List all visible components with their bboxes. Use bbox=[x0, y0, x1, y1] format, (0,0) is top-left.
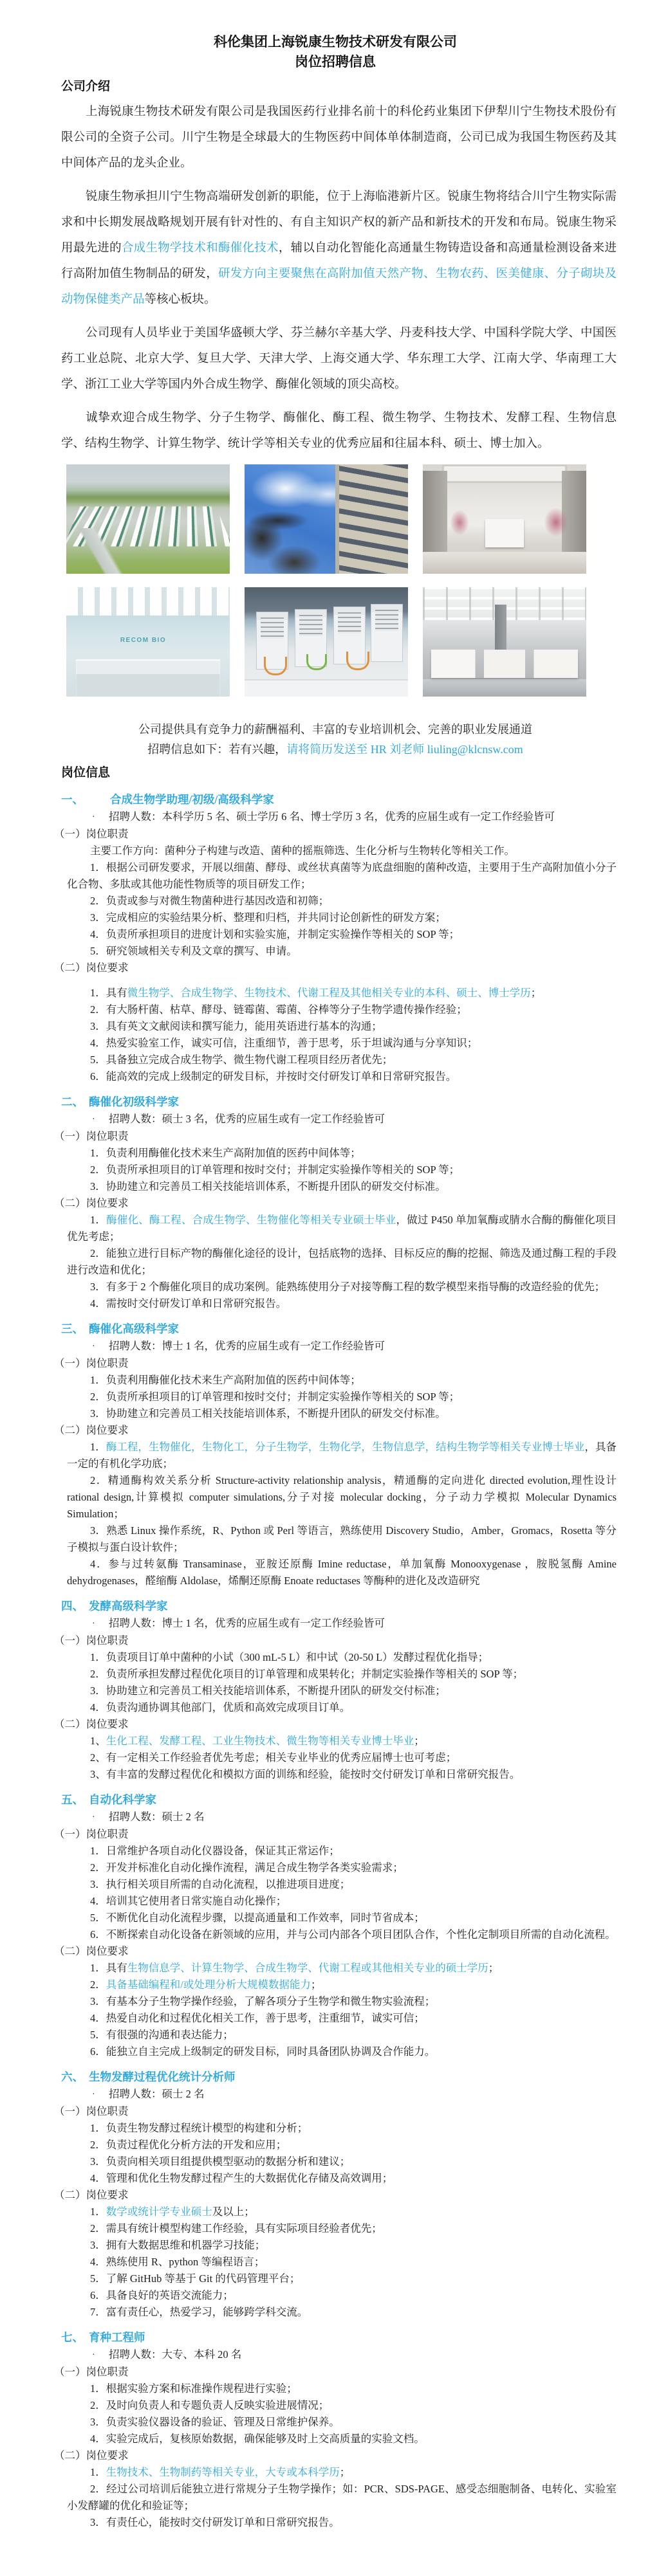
requirements-label: （二）岗位要求 bbox=[54, 2447, 617, 2464]
duties-label: （一）岗位职责 bbox=[54, 1826, 617, 1843]
bioreactor-panel bbox=[338, 612, 361, 634]
section-title: 酶催化高级科学家 bbox=[89, 1322, 179, 1335]
text-run: 等核心板块。 bbox=[145, 293, 216, 306]
requirement-item: 2．具备基础编程和/或处理分析大规模数据能力； bbox=[67, 1977, 617, 1993]
duty-item: 1．根据公司研发要求，开展以细菌、酵母、或丝状真菌等为底盘细胞的菌种改造，主要用… bbox=[67, 859, 617, 893]
text-run: 6．能高效的完成上级制定的研发目标，并按时交付研发订单和日常研究报告。 bbox=[90, 1070, 456, 1082]
requirements-label: （二）岗位要求 bbox=[54, 1195, 617, 1212]
text-run: 招聘信息如下：若有兴趣， bbox=[147, 743, 286, 756]
text-run: 2．经过公司培训后能独立进行常规分子生物学操作；如：PCR、SDS-PAGE、感… bbox=[67, 2483, 617, 2512]
text-run: 1．负责生物发酵过程统计模型的构建和分析； bbox=[90, 2122, 308, 2134]
text-run: 1．根据公司研发要求，开展以细菌、酵母、或丝状真菌等为底盘细胞的菌种改造，主要用… bbox=[67, 861, 617, 890]
headcount-text: 招聘人数：硕士 3 名，优秀的应届生或有一定工作经验皆可 bbox=[109, 1113, 385, 1125]
duty-item: 3．负责向相关项目组提供模型驱动的数据分析和建议； bbox=[67, 2153, 617, 2170]
duty-item: 2．负责所承担项目的订单管理和按时交付；并制定实验操作等相关的 SOP 等； bbox=[67, 1389, 617, 1405]
highlighted-text: 生化工程、发酵工程、工业生物技术、微生物等相关专业博士毕业 bbox=[106, 1735, 414, 1747]
flowers-right-shape bbox=[541, 504, 571, 541]
requirement-item: 4．热爱实验室工作，诚实可信，注重细节，善于思考，乐于坦诚沟通与分享知识； bbox=[67, 1035, 617, 1052]
job-section: 一、合成生物学助理/初级/高级科学家·招聘人数：本科学历 5 名、硕士学历 6 … bbox=[54, 791, 617, 1085]
text-run: 3．完成相应的实验结果分析、整理和归档，并共同讨论创新性的研发方案； bbox=[90, 911, 446, 924]
section-number: 七、 bbox=[61, 2329, 84, 2346]
text-run: 1． bbox=[90, 1214, 106, 1226]
duty-item: 1．根据实验方案和标准操作规程进行实验； bbox=[67, 2380, 617, 2397]
requirement-item: 4．需按时交付研发订单和日常研究报告。 bbox=[67, 1295, 617, 1312]
text-run: 2．开发并标准化自动化操作流程，满足合成生物学各类实验需求； bbox=[90, 1861, 404, 1874]
text-run: 1． bbox=[90, 2466, 106, 2478]
requirement-item: 6．具备良好的英语交流能力； bbox=[67, 2287, 617, 2304]
requirements-label: （二）岗位要求 bbox=[54, 1943, 617, 1960]
text-run: 3．拥有大数据思维和机器学习技能； bbox=[90, 2239, 265, 2251]
intro-paragraph: 锐康生物承担川宁生物高端研发创新的职能，位于上海临港新片区。锐康生物将结合川宁生… bbox=[61, 184, 617, 313]
headcount-line: ·招聘人数：本科学历 5 名、硕士学历 6 名、博士学历 3 名，优秀的应届生或… bbox=[92, 808, 617, 826]
bioreactor-panel bbox=[261, 617, 284, 639]
bullet-icon: · bbox=[92, 1111, 109, 1128]
section-title: 生物发酵过程优化统计分析师 bbox=[89, 2070, 236, 2083]
job-section: 四、发酵高级科学家·招聘人数：博士 1 名，优秀的应届生或有一定工作经验皆可（一… bbox=[54, 1598, 617, 1783]
duty-item: 4．实验完成后，复核原始数据，确保能够及时上交高质量的实验文档。 bbox=[67, 2431, 617, 2447]
text-run: 2．负责或参与对微生物菌种进行基因改造和初筛； bbox=[90, 895, 329, 907]
requirement-item: 2．能独立进行目标产物的酶催化途径的设计，包括底物的选择、目标反应的酶的挖掘、筛… bbox=[67, 1245, 617, 1279]
requirement-item: 2、有一定相关工作经验者优先考虑；相关专业毕业的优秀应届博士也可考虑； bbox=[67, 1749, 617, 1766]
intro-paragraph: 公司现有人员毕业于美国华盛顿大学、芬兰赫尔辛基大学、丹麦科技大学、中国科学院大学… bbox=[61, 320, 617, 397]
requirement-item: 3、有丰富的发酵过程优化和模拟方面的训练和经验，能按时交付研发订单和日常研究报告… bbox=[67, 1766, 617, 1783]
section-heading: 四、发酵高级科学家 bbox=[61, 1598, 617, 1615]
requirement-item: 3．具有英文文献阅读和撰写能力，能用英语进行基本的沟通； bbox=[67, 1018, 617, 1035]
requirement-item: 3．有基本分子生物学操作经验，了解各项分子生物学和微生物实验流程； bbox=[67, 1993, 617, 2010]
duties-label: （一）岗位职责 bbox=[54, 826, 617, 843]
text-run: ； bbox=[311, 1978, 322, 1991]
duty-intro: 主要工作方向：菌种分子构建与改造、菌种的摇瓶筛选、生化分析与生物转化等相关工作。 bbox=[67, 843, 617, 859]
text-run: 2、有一定相关工作经验者优先考虑；相关专业毕业的优秀应届博士也可考虑； bbox=[90, 1751, 456, 1764]
company-intro: 上海锐康生物技术研发有限公司是我国医药行业排名前十的科伦药业集团下伊犁川宁生物技… bbox=[54, 99, 617, 457]
section-number: 二、 bbox=[61, 1093, 84, 1111]
bullet-icon: · bbox=[92, 2087, 109, 2103]
contact-block: 公司提供具有竞争力的薪酬福利、丰富的专业培训机会、完善的职业发展通道 招聘信息如… bbox=[54, 720, 617, 760]
text-run: 上海锐康生物技术研发有限公司是我国医药行业排名前十的科伦药业集团下伊犁川宁生物技… bbox=[61, 105, 617, 170]
text-run: 公司现有人员毕业于美国华盛顿大学、芬兰赫尔辛基大学、丹麦科技大学、中国科学院大学… bbox=[61, 327, 617, 391]
bioreactor-unit bbox=[371, 604, 403, 662]
headcount-text: 招聘人数：硕士 2 名 bbox=[109, 1811, 205, 1823]
requirement-item: 1、生化工程、发酵工程、工业生物技术、微生物等相关专业博士毕业； bbox=[67, 1733, 617, 1749]
benefits-line: 公司提供具有竞争力的薪酬福利、丰富的专业培训机会、完善的职业发展通道 bbox=[54, 720, 617, 740]
lobby-wall-left-shape bbox=[423, 471, 447, 552]
headcount-line: ·招聘人数：大专、本科 20 名 bbox=[92, 2346, 617, 2364]
text-run: 3．负责向相关项目组提供模型驱动的数据分析和建议； bbox=[90, 2155, 350, 2168]
duty-item: 2．负责过程优化分析方法的开发和应用； bbox=[67, 2137, 617, 2153]
text-run: 1．负责利用酶催化技术来生产高附加值的医药中间体等； bbox=[90, 1147, 361, 1159]
requirement-item: 2．精通酶构效关系分析 Structure-activity relations… bbox=[67, 1472, 617, 1522]
photo-row-2: RECOM BIO bbox=[66, 587, 617, 697]
text-run: 4．管理和优化生物发酵过程产生的大数据优化存储及高效调用； bbox=[90, 2172, 393, 2184]
text-run: 2．及时向负责人和专题负责人反映实验进展情况； bbox=[90, 2399, 329, 2411]
section-heading: 七、育种工程师 bbox=[61, 2329, 617, 2346]
bullet-icon: · bbox=[92, 809, 109, 826]
campus-aerial-photo bbox=[66, 464, 230, 574]
headcount-text: 招聘人数：博士 1 名，优秀的应届生或有一定工作经验皆可 bbox=[109, 1340, 385, 1352]
text-run: 1．负责项目订单中菌种的小试（300 mL-5 L）和中试（20-50 L）发酵… bbox=[90, 1651, 488, 1663]
highlighted-text: 生物信息学、计算生物学、合成生物学、代谢工程或其他相关专业的硕士学历 bbox=[127, 1962, 488, 1974]
duty-item: 3．协助建立和完善员工相关技能培训体系，不断提升团队的研发交付标准。 bbox=[67, 1405, 617, 1422]
text-run: 2．精通酶构效关系分析 Structure-activity relations… bbox=[67, 1474, 617, 1520]
text-run: 1．具有 bbox=[90, 1962, 127, 1974]
flowers-left-shape bbox=[447, 506, 472, 539]
section-heading: 三、酶催化高级科学家 bbox=[61, 1320, 617, 1338]
job-section: 五、自动化科学家·招聘人数：硕士 2 名（一）岗位职责1．日常维护各项自动化仪器… bbox=[54, 1791, 617, 2060]
text-run: 6．具备良好的英语交流能力； bbox=[90, 2289, 234, 2301]
requirements-label: （二）岗位要求 bbox=[54, 960, 617, 976]
text-run: 3．负责实验仪器设备的验证、管理及日常维护保养。 bbox=[90, 2416, 340, 2428]
text-run: 2．负责所承担项目的订单管理和按时交付；并制定实验操作等相关的 SOP 等； bbox=[90, 1391, 459, 1403]
duty-item: 2．开发并标准化自动化操作流程，满足合成生物学各类实验需求； bbox=[67, 1859, 617, 1876]
duty-item: 2．负责或参与对微生物菌种进行基因改造和初筛； bbox=[67, 893, 617, 909]
section-title: 酶催化初级科学家 bbox=[89, 1095, 179, 1108]
duty-item: 2．及时向负责人和专题负责人反映实验进展情况； bbox=[67, 2397, 617, 2414]
text-run: ； bbox=[531, 987, 542, 999]
office-building-shape bbox=[335, 464, 408, 574]
photo-row-1 bbox=[66, 464, 617, 574]
text-run: 1． bbox=[90, 2206, 106, 2218]
requirement-item: 2．经过公司培训后能独立进行常规分子生物学操作；如：PCR、SDS-PAGE、感… bbox=[67, 2481, 617, 2514]
requirement-item: 7．富有责任心，热爱学习，能够跨学科交流。 bbox=[67, 2304, 617, 2321]
text-run: 6．能独立自主完成上级制定的研发目标，同时具备团队协调及合作能力。 bbox=[90, 2045, 435, 2058]
text-run: 1．日常维护各项自动化仪器设备，保证其正常运作； bbox=[90, 1845, 340, 1857]
text-run: 1、 bbox=[90, 1735, 106, 1747]
orange-tubing-shape bbox=[346, 652, 369, 670]
company-title: 科伦集团上海锐康生物技术研发有限公司 bbox=[54, 32, 617, 52]
requirements-label: （二）岗位要求 bbox=[54, 2187, 617, 2204]
company-intro-heading: 公司介绍 bbox=[61, 77, 617, 96]
text-run: 4．负责沟通协调其他部门，优质和高效完成项目订单。 bbox=[90, 1701, 350, 1713]
job-section: 六、生物发酵过程优化统计分析师·招聘人数：硕士 2 名（一）岗位职责1．负责生物… bbox=[54, 2069, 617, 2321]
text-run: 4．负责所承担项目的进度计划和实验实施，并制定实验操作等相关的 SOP 等； bbox=[90, 928, 459, 940]
duty-item: 5．不断优化自动化流程步骤，以提高通量和工作效率，同时节省成本； bbox=[67, 1910, 617, 1926]
text-run: 4．熟练使用 R、python 等编程语言； bbox=[90, 2256, 265, 2268]
requirements-label: （二）岗位要求 bbox=[54, 1716, 617, 1733]
text-run: 2． bbox=[90, 1978, 106, 1991]
text-run: ； bbox=[414, 1735, 425, 1747]
text-run: 6．不断探索自动化设备在新领域的应用，并与公司内部各个项目团队合作，个性化定制项… bbox=[90, 1928, 616, 1941]
requirement-item: 3．有多于 2 个酶催化项目的成功案例。能熟练使用分子对接等酶工程的数学模型来指… bbox=[67, 1279, 617, 1295]
section-number: 六、 bbox=[61, 2069, 84, 2086]
text-run: 3．有基本分子生物学操作经验，了解各项分子生物学和微生物实验流程； bbox=[90, 1995, 435, 2007]
bioreactor-panel bbox=[375, 610, 398, 631]
text-run: ； bbox=[488, 1962, 499, 1974]
requirement-item: 1．生物技术、生物制药等相关专业，大专或本科学历； bbox=[67, 2464, 617, 2481]
text-run: 4．实验完成后，复核原始数据，确保能够及时上交高质量的实验文档。 bbox=[90, 2433, 425, 2445]
requirement-item: 6．能独立自主完成上级制定的研发目标，同时具备团队协调及合作能力。 bbox=[67, 2043, 617, 2060]
section-title: 育种工程师 bbox=[89, 2331, 145, 2344]
section-title: 发酵高级科学家 bbox=[89, 1600, 168, 1612]
duty-item: 2．负责所承担项目的订单管理和按时交付；并制定实验操作等相关的 SOP 等； bbox=[67, 1162, 617, 1178]
intro-paragraph: 诚挚欢迎合成生物学、分子生物学、酶催化、酶工程、微生物学、生物技术、发酵工程、生… bbox=[61, 405, 617, 457]
requirements-label: （二）岗位要求 bbox=[54, 1422, 617, 1439]
text-run: 3．熟悉 Linux 操作系统，R、Python 或 Perl 等语言，熟练使用… bbox=[67, 1524, 617, 1553]
requirement-item: 5．有很强的沟通和表达能力； bbox=[67, 2027, 617, 2043]
requirement-item: 2．需具有统计模型构建工作经验，具有实际项目经验者优先； bbox=[67, 2220, 617, 2237]
headcount-line: ·招聘人数：硕士 2 名 bbox=[92, 1809, 617, 1826]
job-section: 二、酶催化初级科学家·招聘人数：硕士 3 名，优秀的应届生或有一定工作经验皆可（… bbox=[54, 1093, 617, 1312]
headcount-line: ·招聘人数：硕士 3 名，优秀的应届生或有一定工作经验皆可 bbox=[92, 1111, 617, 1128]
requirement-item: 4．热爱自动化和过程优化相关工作，善于思考，注重细节，诚实可信； bbox=[67, 2010, 617, 2027]
duty-item: 3．负责实验仪器设备的验证、管理及日常维护保养。 bbox=[67, 2414, 617, 2431]
duty-item: 3．协助建立和完善员工相关技能培训体系，不断提升团队的研发交付标准。 bbox=[67, 1178, 617, 1195]
section-title: 合成生物学助理/初级/高级科学家 bbox=[110, 793, 274, 806]
bullet-icon: · bbox=[92, 2347, 109, 2364]
text-run: 5．研究领域相关专利及文章的撰写、申请。 bbox=[90, 945, 297, 957]
duties-label: （一）岗位职责 bbox=[54, 1355, 617, 1372]
lobby-photo bbox=[423, 464, 586, 574]
requirement-item: 4．熟练使用 R、python 等编程语言； bbox=[67, 2254, 617, 2270]
duty-item: 3．完成相应的实验结果分析、整理和归档，并共同讨论创新性的研发方案； bbox=[67, 909, 617, 926]
section-number: 四、 bbox=[61, 1598, 84, 1615]
positions-heading: 岗位信息 bbox=[61, 763, 617, 783]
duty-item: 3．协助建立和完善员工相关技能培训体系，不断提升团队的研发交付标准； bbox=[67, 1683, 617, 1699]
duties-label: （一）岗位职责 bbox=[54, 2364, 617, 2380]
highlighted-text: 数学或统计学专业硕士 bbox=[106, 2206, 212, 2218]
highlighted-text: 酶催化、酶工程、合成生物学、生物催化等相关专业硕士毕业 bbox=[106, 1214, 396, 1226]
text-run: 4．参与过转氨酶 Transaminase，亚胺还原酶 Imine reduct… bbox=[67, 1558, 617, 1587]
text-run: 3．执行相关项目所需的自动化流程，以推进项目进度； bbox=[90, 1878, 350, 1890]
section-heading: 二、酶催化初级科学家 bbox=[61, 1093, 617, 1111]
lobby-floor-shape bbox=[423, 552, 586, 574]
requirement-item: 1．酶催化、酶工程、合成生物学、生物催化等相关专业硕士毕业，做过 P450 单加… bbox=[67, 1212, 617, 1245]
duty-item: 1．负责项目订单中菌种的小试（300 mL-5 L）和中试（20-50 L）发酵… bbox=[67, 1649, 617, 1666]
requirement-item: 4．参与过转氨酶 Transaminase，亚胺还原酶 Imine reduct… bbox=[67, 1556, 617, 1589]
requirement-item: 1．数学或统计学专业硕士及以上； bbox=[67, 2204, 617, 2220]
duty-item: 1．日常维护各项自动化仪器设备，保证其正常运作； bbox=[67, 1843, 617, 1859]
bullet-icon: · bbox=[92, 1338, 109, 1355]
duty-item: 1．负责利用酶催化技术来生产高附加值的医药中间体等； bbox=[67, 1372, 617, 1389]
section-title: 自动化科学家 bbox=[89, 1793, 156, 1806]
requirement-item: 6．能高效的完成上级制定的研发目标，并按时交付研发订单和日常研究报告。 bbox=[67, 1068, 617, 1085]
text-run: 4．需按时交付研发订单和日常研究报告。 bbox=[90, 1297, 286, 1310]
section-heading: 六、生物发酵过程优化统计分析师 bbox=[61, 2069, 617, 2086]
requirement-item: 2．有大肠杆菌、枯草、酵母、链霉菌、霉菌、谷棒等分子生物学遗传操作经验； bbox=[67, 1001, 617, 1018]
green-tubing-shape bbox=[306, 654, 327, 670]
requirement-item: 3．有责任心，能按时交付研发订单和日常研究报告。 bbox=[67, 2514, 617, 2531]
text-run: 3．协助建立和完善员工相关技能培训体系，不断提升团队的研发交付标准。 bbox=[90, 1407, 446, 1420]
text-run: ； bbox=[340, 2466, 351, 2478]
text-run: 1．具有 bbox=[90, 987, 127, 999]
positions-list: 一、合成生物学助理/初级/高级科学家·招聘人数：本科学历 5 名、硕士学历 6 … bbox=[54, 791, 617, 2531]
office-desks-shape bbox=[431, 650, 579, 678]
contact-line: 招聘信息如下：若有兴趣，请将简历发送至 HR 刘老师 liuling@klcns… bbox=[54, 740, 617, 760]
section-number: 五、 bbox=[61, 1791, 84, 1809]
intro-paragraph: 上海锐康生物技术研发有限公司是我国医药行业排名前十的科伦药业集团下伊犁川宁生物技… bbox=[61, 99, 617, 176]
text-run: 5．不断优化自动化流程步骤，以提高通量和工作效率，同时节省成本； bbox=[90, 1912, 425, 1924]
highlighted-text: 生物技术、生物制药等相关专业，大专或本科学历 bbox=[106, 2466, 340, 2478]
text-run: 及以上； bbox=[212, 2206, 255, 2218]
text-run: 5．具备独立完成合成生物学、微生物代谢工程项目经历者优先； bbox=[90, 1054, 393, 1066]
requirement-item: 1．具有生物信息学、计算生物学、合成生物学、代谢工程或其他相关专业的硕士学历； bbox=[67, 1960, 617, 1977]
text-run: 4．热爱实验室工作，诚实可信，注重细节，善于思考，乐于坦诚沟通与分享知识； bbox=[90, 1037, 478, 1049]
bioreactor-panel bbox=[299, 615, 322, 636]
bioreactor-photo bbox=[245, 587, 408, 697]
duty-item: 4．管理和优化生物发酵过程产生的大数据优化存储及高效调用； bbox=[67, 2170, 617, 2187]
equipment-bench-shape bbox=[245, 679, 408, 697]
job-section: 三、酶催化高级科学家·招聘人数：博士 1 名，优秀的应届生或有一定工作经验皆可（… bbox=[54, 1320, 617, 1589]
lobby-ceiling-shape bbox=[442, 464, 566, 483]
requirement-item: 5．具备独立完成合成生物学、微生物代谢工程项目经历者优先； bbox=[67, 1052, 617, 1068]
reception-desk-shape bbox=[485, 519, 524, 547]
duties-label: （一）岗位职责 bbox=[54, 1632, 617, 1649]
duty-item: 4．负责所承担项目的进度计划和实验实施，并制定实验操作等相关的 SOP 等； bbox=[67, 926, 617, 943]
highlighted-text: 酶工程，生物催化，生物化工，分子生物学，生物化学，生物信息学，结构生物学等相关专… bbox=[106, 1441, 585, 1453]
text-run: 3．有责任心，能按时交付研发订单和日常研究报告。 bbox=[90, 2516, 340, 2528]
requirement-item: 3．拥有大数据思维和机器学习技能； bbox=[67, 2237, 617, 2254]
text-run: 诚挚欢迎合成生物学、分子生物学、酶催化、酶工程、微生物学、生物技术、发酵工程、生… bbox=[61, 412, 617, 450]
duty-item: 3．执行相关项目所需的自动化流程，以推进项目进度； bbox=[67, 1876, 617, 1893]
text-run: 3．具有英文文献阅读和撰写能力，能用英语进行基本的沟通； bbox=[90, 1020, 382, 1032]
duty-item: 2．负责所承担发酵过程优化项目的订单管理和成果转化；并制定实验操作等相关的 SO… bbox=[67, 1666, 617, 1683]
section-number: 三、 bbox=[61, 1320, 84, 1338]
text-run: 2．需具有统计模型构建工作经验，具有实际项目经验者优先； bbox=[90, 2222, 382, 2234]
document-page: 科伦集团上海锐康生物技术研发有限公司 岗位招聘信息 公司介绍 上海锐康生物技术研… bbox=[0, 0, 659, 2576]
highlighted-text: 请将简历发送至 HR 刘老师 liuling@klcnsw.com bbox=[286, 743, 523, 756]
lab-ceiling-lights-shape bbox=[66, 587, 230, 616]
office-photo bbox=[423, 587, 586, 697]
headcount-text: 招聘人数：硕士 2 名 bbox=[109, 2088, 205, 2100]
text-run: 3．协助建立和完善员工相关技能培训体系，不断提升团队的研发交付标准。 bbox=[90, 1180, 446, 1192]
headcount-text: 招聘人数：大专、本科 20 名 bbox=[109, 2348, 241, 2361]
duties-label: （一）岗位职责 bbox=[54, 1128, 617, 1145]
requirement-item: 3．熟悉 Linux 操作系统，R、Python 或 Perl 等语言，熟练使用… bbox=[67, 1522, 617, 1556]
bullet-icon: · bbox=[92, 1809, 109, 1826]
text-run: 5．有很强的沟通和表达能力； bbox=[90, 2029, 234, 2041]
lab-bench-shape bbox=[76, 659, 220, 697]
headcount-line: ·招聘人数：硕士 2 名 bbox=[92, 2086, 617, 2103]
requirement-item: 1．具有微生物学、合成生物学、生物技术、代谢工程及其他相关专业的本科、硕士、博士… bbox=[67, 985, 617, 1001]
text-run: 4．培训其它使用者日常实施自动化操作； bbox=[90, 1895, 286, 1907]
text-run: 2．负责所承担发酵过程优化项目的订单管理和成果转化；并制定实验操作等相关的 SO… bbox=[90, 1668, 523, 1680]
text-run: 1．根据实验方案和标准操作规程进行实验； bbox=[90, 2382, 297, 2395]
text-run: 2．负责所承担项目的订单管理和按时交付；并制定实验操作等相关的 SOP 等； bbox=[90, 1164, 459, 1176]
lab-glass-wall-shape bbox=[66, 616, 230, 650]
requirement-item: 5．了解 GitHub 等基于 Git 的代码管理平台； bbox=[67, 2270, 617, 2287]
tree-shape bbox=[245, 506, 333, 574]
duty-item: 5．研究领域相关专利及文章的撰写、申请。 bbox=[67, 943, 617, 960]
headcount-line: ·招聘人数：博士 1 名，优秀的应届生或有一定工作经验皆可 bbox=[92, 1615, 617, 1632]
requirement-item: 1．酶工程，生物催化，生物化工，分子生物学，生物化学，生物信息学，结构生物学等相… bbox=[67, 1439, 617, 1472]
duty-item: 4．负责沟通协调其他部门，优质和高效完成项目订单。 bbox=[67, 1699, 617, 1716]
text-run: 3．有多于 2 个酶催化项目的成功案例。能熟练使用分子对接等酶工程的数学模型来指… bbox=[90, 1281, 605, 1293]
highlighted-text: 合成生物学技术和酶催化技术 bbox=[122, 242, 279, 255]
text-run: 3．协助建立和完善员工相关技能培训体系，不断提升团队的研发交付标准； bbox=[90, 1685, 446, 1697]
lab-corridor-photo: RECOM BIO bbox=[66, 587, 230, 697]
section-heading: 五、自动化科学家 bbox=[61, 1791, 617, 1809]
lab-glass-logo-text: RECOM BIO bbox=[120, 637, 166, 644]
job-section: 七、育种工程师·招聘人数：大专、本科 20 名（一）岗位职责1．根据实验方案和标… bbox=[54, 2329, 617, 2531]
building-sky-photo bbox=[245, 464, 408, 574]
orange-tubing-shape bbox=[264, 657, 287, 675]
section-number: 一、 bbox=[61, 791, 110, 808]
office-floor-shape bbox=[423, 679, 586, 697]
campus-road-shape bbox=[66, 528, 169, 574]
duty-item: 4．培训其它使用者日常实施自动化操作； bbox=[67, 1893, 617, 1910]
text-run: 2．负责过程优化分析方法的开发和应用； bbox=[90, 2139, 286, 2151]
section-heading: 一、合成生物学助理/初级/高级科学家 bbox=[61, 791, 617, 808]
text-run: 7．富有责任心，热爱学习，能够跨学科交流。 bbox=[90, 2306, 308, 2318]
text-run: 1． bbox=[90, 1441, 106, 1453]
text-run: 4．热爱自动化和过程优化相关工作，善于思考，注重细节，诚实可信； bbox=[90, 2012, 425, 2024]
duty-item: 1．负责利用酶催化技术来生产高附加值的医药中间体等； bbox=[67, 1145, 617, 1162]
headcount-text: 招聘人数：本科学历 5 名、硕士学历 6 名、博士学历 3 名，优秀的应届生或有… bbox=[109, 810, 555, 823]
text-run: 5．了解 GitHub 等基于 Git 的代码管理平台； bbox=[90, 2272, 300, 2285]
highlighted-text: 微生物学、合成生物学、生物技术、代谢工程及其他相关专业的本科、硕士、博士学历 bbox=[127, 987, 531, 999]
duty-item: 1．负责生物发酵过程统计模型的构建和分析； bbox=[67, 2120, 617, 2137]
headcount-text: 招聘人数：博士 1 名，优秀的应届生或有一定工作经验皆可 bbox=[109, 1617, 385, 1629]
duties-label: （一）岗位职责 bbox=[54, 2103, 617, 2120]
highlighted-text: 具备基础编程和/或处理分析大规模数据能力 bbox=[106, 1978, 311, 1991]
text-run: 2．能独立进行目标产物的酶催化途径的设计，包括底物的选择、目标反应的酶的挖掘、筛… bbox=[67, 1247, 617, 1276]
text-run: 2．有大肠杆菌、枯草、酵母、链霉菌、霉菌、谷棒等分子生物学遗传操作经验； bbox=[90, 1003, 467, 1016]
text-run: 3、有丰富的发酵过程优化和模拟方面的训练和经验，能按时交付研发订单和日常研究报告… bbox=[90, 1768, 520, 1780]
bullet-icon: · bbox=[92, 1616, 109, 1632]
text-run: 1．负责利用酶催化技术来生产高附加值的医药中间体等； bbox=[90, 1374, 361, 1386]
doc-subtitle: 岗位招聘信息 bbox=[54, 52, 617, 72]
duty-item: 6．不断探索自动化设备在新领域的应用，并与公司内部各个项目团队合作，个性化定制项… bbox=[67, 1926, 617, 1943]
headcount-line: ·招聘人数：博士 1 名，优秀的应届生或有一定工作经验皆可 bbox=[92, 1338, 617, 1355]
